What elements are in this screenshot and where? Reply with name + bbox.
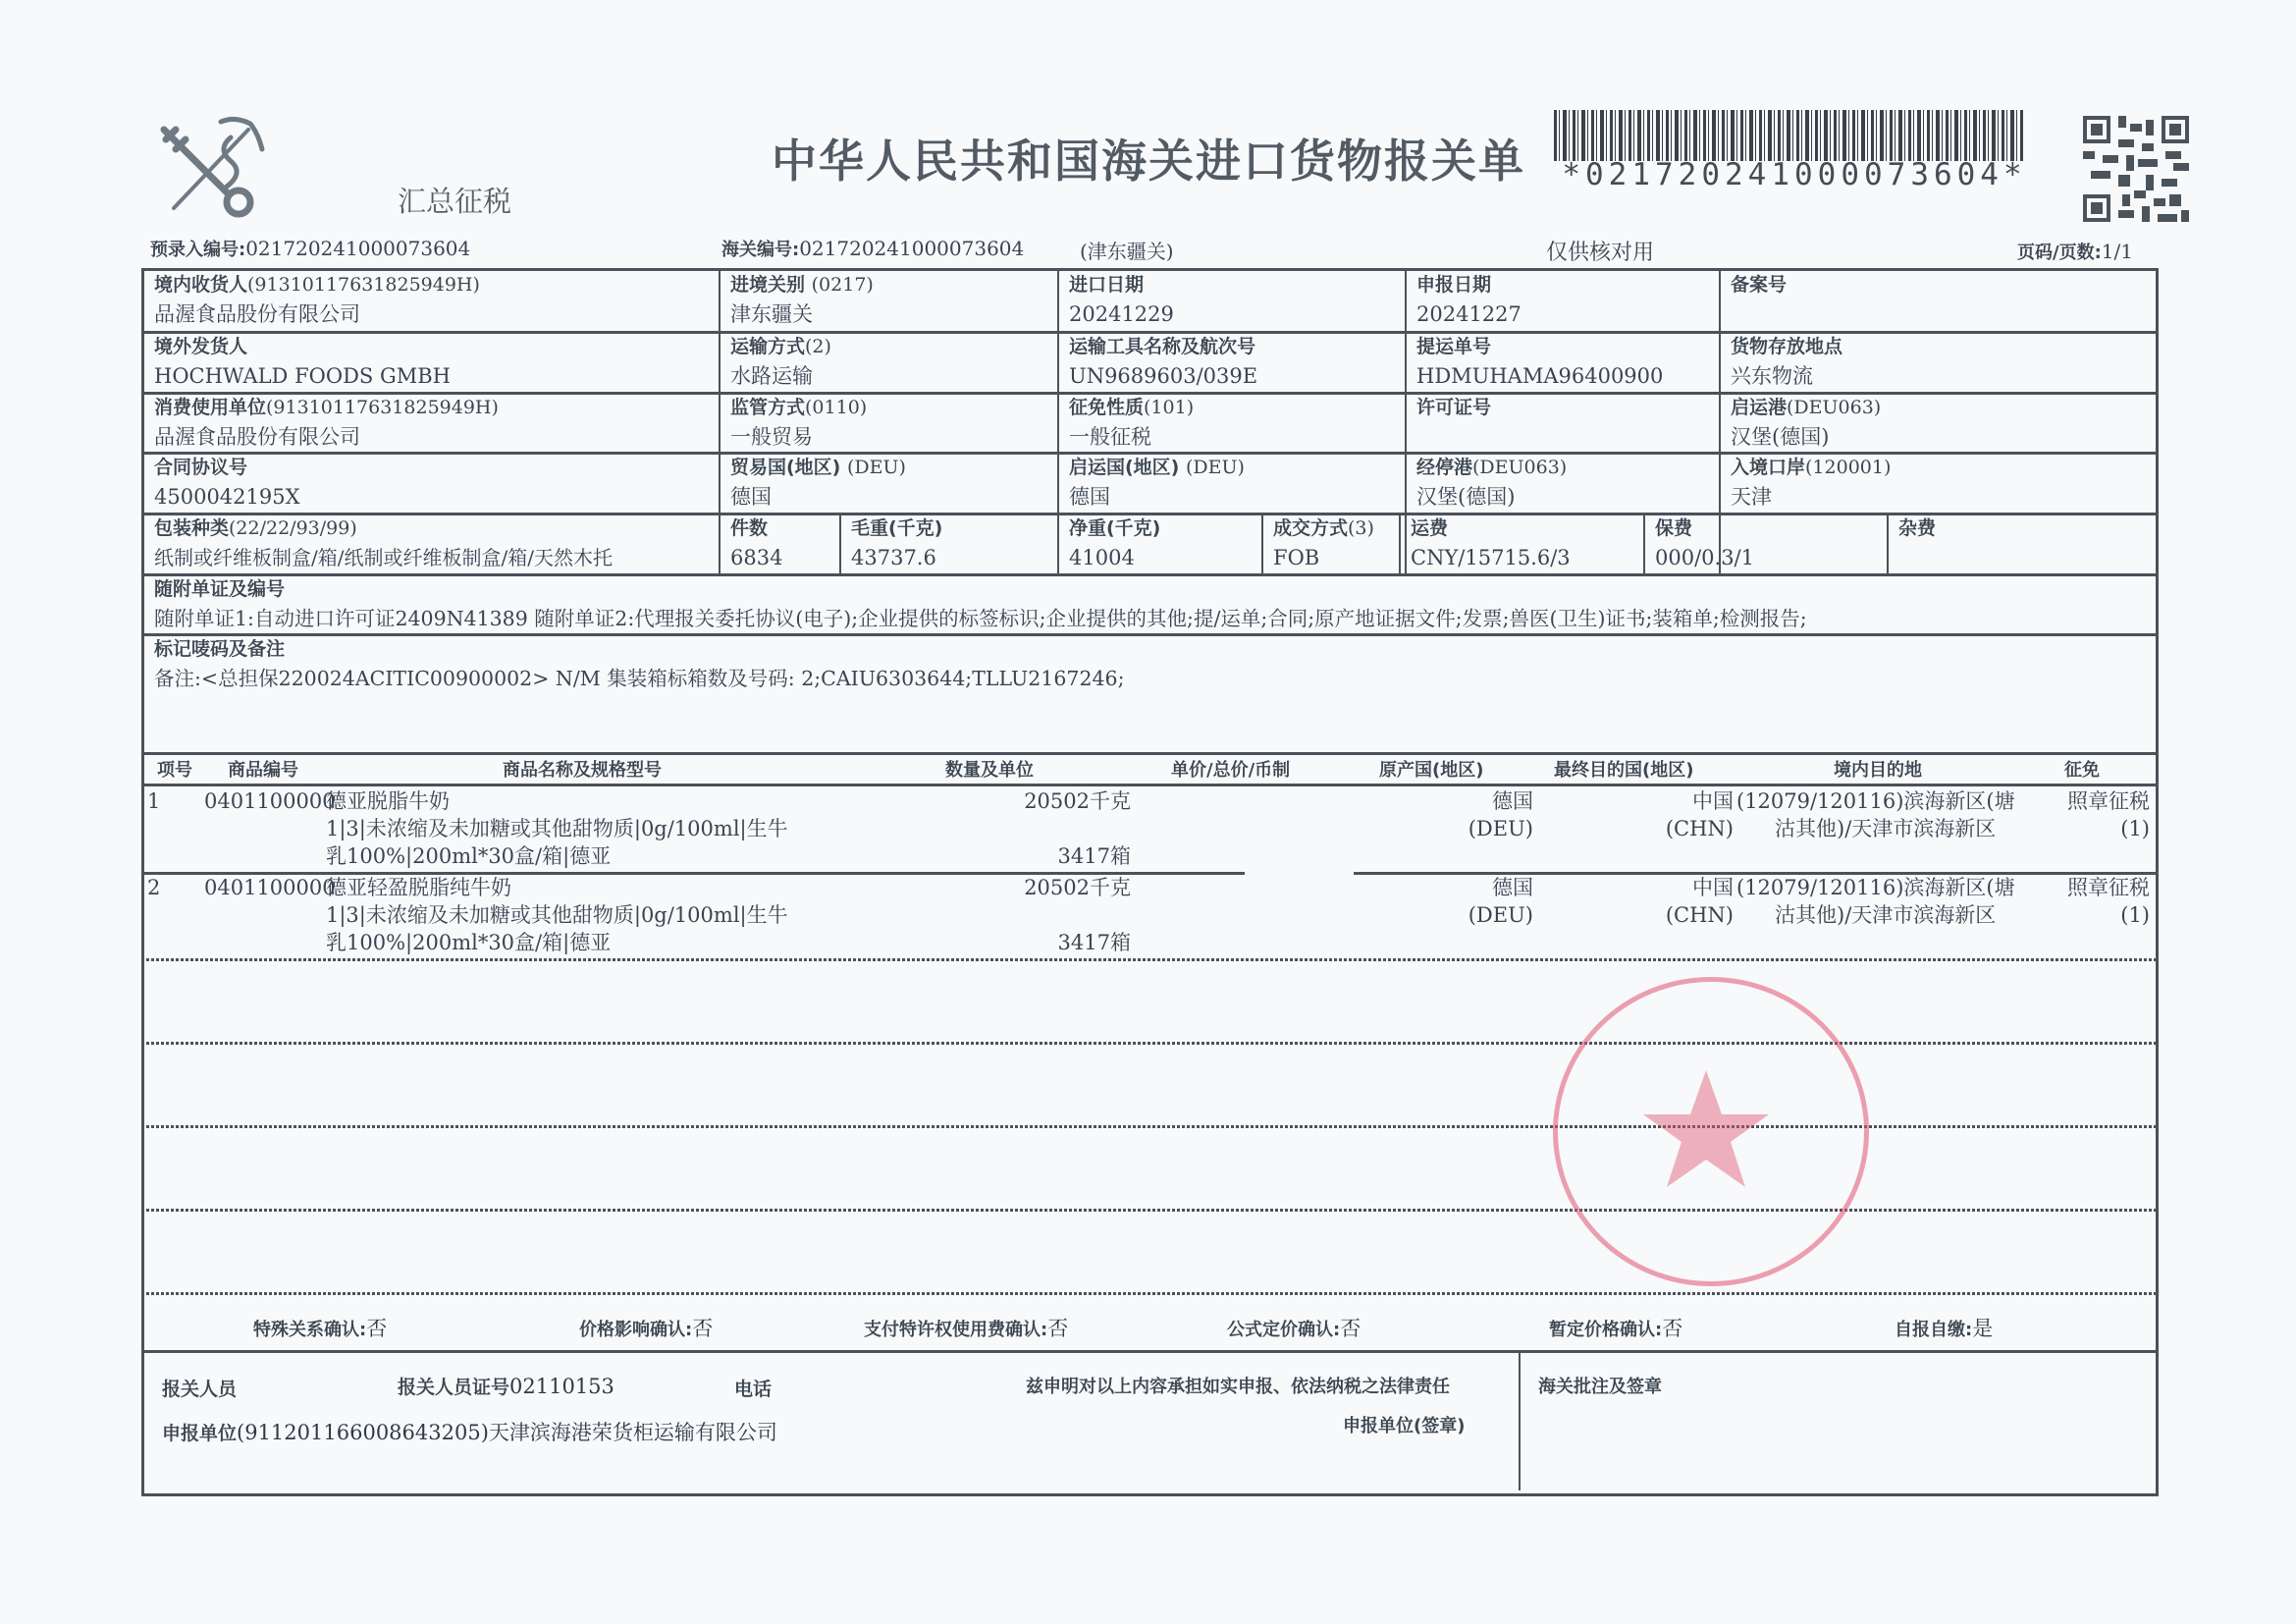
item-qty-2: 3417箱 — [1058, 842, 1131, 870]
confirm-price-impact: 价格影响确认:否 — [579, 1313, 713, 1342]
item-origin-code: (DEU) — [1468, 815, 1533, 842]
qr-code-icon — [2083, 116, 2189, 222]
field-departure-port: 启运港(DEU063) 汉堡(德国) — [1721, 394, 2153, 451]
item-dest-code: (CHN) — [1666, 901, 1734, 929]
field-transit-port: 经停港(DEU063) 汉堡(德国) — [1407, 454, 1719, 511]
field-insurance: 保费 000/0.3/1 — [1645, 514, 1887, 571]
customs-approval-label: 海关批注及签章 — [1538, 1373, 1662, 1398]
item-origin: 德国 — [1492, 787, 1533, 815]
item-no: 2 — [147, 874, 160, 901]
field-consignee: 境内收货人(91310117631825949H) 品渥食品股份有限公司 — [144, 271, 719, 328]
field-import-date: 进口日期 20241229 — [1059, 271, 1405, 328]
item-name: 德亚轻盈脱脂纯牛奶 — [326, 874, 511, 901]
field-pieces: 件数 6834 — [721, 514, 838, 571]
declaring-unit: 申报单位(911201166008643205)天津滨海港荣货柜运输有限公司 — [162, 1417, 777, 1446]
field-license-no: 许可证号 — [1407, 394, 1719, 451]
item-qty-1: 20502千克 — [1024, 787, 1131, 815]
field-bill-of-lading: 提运单号 HDMUHAMA96400900 — [1407, 333, 1719, 390]
tax-mode-label: 汇总征税 — [398, 180, 511, 220]
field-freight: 运费 CNY/15715.6/3 — [1401, 514, 1643, 571]
field-storage-place: 货物存放地点 兴东物流 — [1721, 333, 2153, 390]
field-misc-fee: 杂费 — [1889, 514, 2153, 571]
confirm-provisional-price: 暂定价格确认:否 — [1549, 1313, 1682, 1342]
field-package-type: 包装种类(22/22/93/99) 纸制或纤维板制盒/箱/纸制或纤维板制盒/箱/… — [144, 514, 719, 571]
verification-note: 仅供核对用 — [1546, 236, 1654, 266]
item-domestic-dest-2: 沽其他)/天津市滨海新区 — [1775, 815, 1996, 842]
item-qty-2: 3417箱 — [1058, 929, 1131, 956]
phone-label: 电话 — [734, 1375, 772, 1401]
sign-label: 申报单位(签章) — [1343, 1412, 1465, 1437]
item-levy-2: (1) — [2120, 815, 2150, 842]
declarant-label: 报关人员 — [162, 1375, 237, 1401]
item-no: 1 — [147, 787, 160, 815]
field-marks-remarks: 标记唛码及备注 备注:<总担保220024ACITIC00900002> N/M… — [144, 635, 2153, 692]
item-origin: 德国 — [1492, 874, 1533, 901]
declarant-cert: 报关人员证号02110153 — [398, 1373, 614, 1399]
item-dest: 中国 — [1692, 874, 1734, 901]
item-name: 德亚脱脂牛奶 — [326, 787, 450, 815]
item-domestic-dest-1: (12079/120116)滨海新区(塘 — [1736, 787, 2015, 815]
field-supervision-mode: 监管方式(0110) 一般贸易 — [721, 394, 1057, 451]
confirm-special-relationship: 特殊关系确认:否 — [253, 1313, 387, 1342]
field-transaction-mode: 成交方式(3) FOB — [1263, 514, 1399, 571]
confirm-royalty: 支付特许权使用费确认:否 — [864, 1313, 1068, 1342]
item-domestic-dest-1: (12079/120116)滨海新区(塘 — [1736, 874, 2015, 901]
item-spec-1: 1|3|未浓缩及未加糖或其他甜物质|0g/100ml|生牛 — [326, 815, 788, 842]
legal-statement: 兹申明对以上内容承担如实申报、依法纳税之法律责任 — [1026, 1373, 1450, 1398]
item-qty-1: 20502千克 — [1024, 874, 1131, 901]
customs-emblem-icon — [152, 110, 270, 218]
pre-entry-number: 预录入编号:021720241000073604 — [150, 236, 470, 261]
item-spec-1: 1|3|未浓缩及未加糖或其他甜物质|0g/100ml|生牛 — [326, 901, 788, 929]
barcode-text: *021720241000073604* — [1554, 157, 2035, 192]
field-consumer-unit: 消费使用单位(91310117631825949H) 品渥食品股份有限公司 — [144, 394, 719, 451]
hs-code: 0401100000 — [204, 787, 336, 815]
item-origin-code: (DEU) — [1468, 901, 1533, 929]
item-levy-2: (1) — [2120, 901, 2150, 929]
field-transport-mode: 运输方式(2) 水路运输 — [721, 333, 1057, 390]
confirm-formula-pricing: 公式定价确认:否 — [1227, 1313, 1361, 1342]
field-gross-weight: 毛重(千克) 43737.6 — [841, 514, 1057, 571]
page-count: 页码/页数:1/1 — [2017, 239, 2133, 264]
field-net-weight: 净重(千克) 41004 — [1059, 514, 1261, 571]
field-record-no: 备案号 — [1721, 271, 2153, 328]
item-levy-1: 照章征税 — [2067, 874, 2150, 901]
field-entry-port: 入境口岸(120001) 天津 — [1721, 454, 2153, 511]
field-trade-country: 贸易国(地区) (DEU) 德国 — [721, 454, 1057, 511]
item-spec-2: 乳100%|200ml*30盒/箱|德亚 — [326, 842, 611, 870]
hs-code: 0401100000 — [204, 874, 336, 901]
barcode — [1554, 110, 2025, 161]
customs-number: 海关编号:021720241000073604 — [721, 236, 1024, 261]
customs-office: (津东疆关) — [1080, 236, 1174, 264]
field-contract-no: 合同协议号 4500042195X — [144, 454, 719, 511]
field-departure-country: 启运国(地区) (DEU) 德国 — [1059, 454, 1405, 511]
field-levy-nature: 征免性质(101) 一般征税 — [1059, 394, 1405, 451]
company-seal-icon — [1553, 977, 1869, 1286]
field-entry-customs: 进境关别 (0217) 津东疆关 — [721, 271, 1057, 328]
item-dest: 中国 — [1692, 787, 1734, 815]
field-shipper: 境外发货人 HOCHWALD FOODS GMBH — [144, 333, 719, 390]
item-domestic-dest-2: 沽其他)/天津市滨海新区 — [1775, 901, 1996, 929]
item-dest-code: (CHN) — [1666, 815, 1734, 842]
item-spec-2: 乳100%|200ml*30盒/箱|德亚 — [326, 929, 611, 956]
confirm-self-declare: 自报自缴:是 — [1895, 1313, 1993, 1342]
item-levy-1: 照章征税 — [2067, 787, 2150, 815]
field-attached-docs: 随附单证及编号 随附单证1:自动进口许可证2409N41389 随附单证2:代理… — [144, 575, 2153, 632]
page-title: 中华人民共和国海关进口货物报关单 — [772, 126, 1525, 190]
field-vessel: 运输工具名称及航次号 UN9689603/039E — [1059, 333, 1405, 390]
field-declare-date: 申报日期 20241227 — [1407, 271, 1719, 328]
